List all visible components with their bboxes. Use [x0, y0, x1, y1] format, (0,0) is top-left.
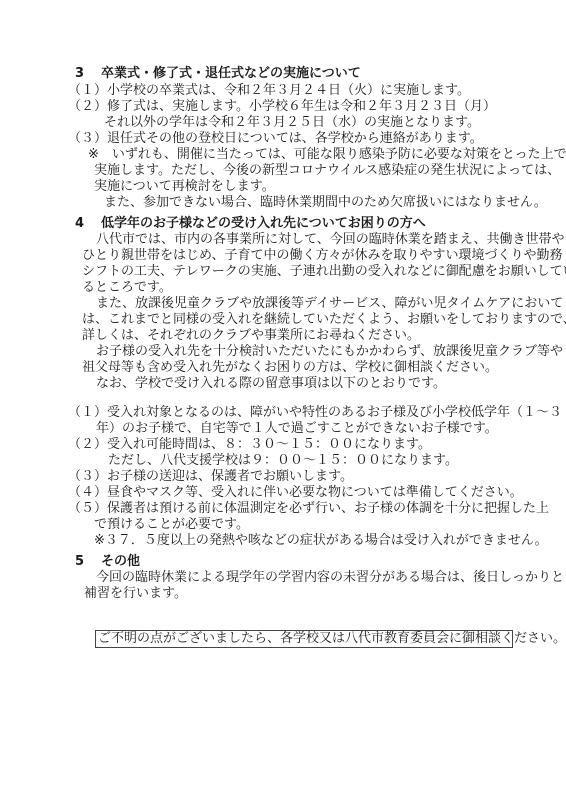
section3-note: 実施します。ただし、今後の新型コロナウイルス感染症の発生状況によっては、 [94, 163, 560, 179]
section4-paragraph-line: ひとり親世帯をはじめ、子育て中の働く方々が休みを取りやすい環境づくりや勤務 [82, 248, 562, 264]
section3-line: （１）小学校の卒業式は、令和２年３月２４日（火）に実施します。 [68, 83, 470, 99]
section4-paragraph-line: 詳しくは、それぞれのクラブや事業所にお尋ねください。 [82, 328, 420, 344]
section4-title: 低学年のお子様などの受け入れ先についてお困りの方へ [101, 216, 426, 231]
section5-number: 5 [75, 554, 101, 570]
section3-line: それ以外の学年は令和２年３月２５日（水）の実施となります。 [104, 115, 480, 131]
section4-paragraph-line: 祖父母等も含め受入れ先がなくお困りの方は、学校に御相談ください。 [82, 360, 498, 376]
section4-item: （４）昼食やマスク等、受入れに伴い必要な物については準備してください。 [68, 485, 523, 501]
section3-number: 3 [75, 66, 101, 82]
contact-notice-text: ご不明の点がございましたら、各学校又は八代市教育委員会に御相談ください。 [98, 631, 566, 647]
section4-item-note: ※３７．５度以上の発熱や咳などの症状がある場合は受け入れができません。 [94, 533, 548, 549]
section4-paragraph-line: お子様の受入れ先を十分検討いただいたにもかかわらず、放課後児童クラブ等や [96, 344, 563, 360]
section4-paragraph-line: シフトの工夫、テレワークの実施、子連れ出勤の受入れなどに御配慮をお願いしてい [82, 264, 566, 280]
section5-title: その他 [101, 554, 140, 569]
section5-heading: 5その他 [75, 554, 140, 570]
section3-line: （２）修了式は、実施します。小学校６年生は令和２年３月２３日（月） [68, 99, 496, 115]
section4-item: ただし、八代支援学校は９：００～１５：００になります。 [108, 453, 458, 469]
section3-title: 卒業式・修了式・退任式などの実施について [101, 66, 361, 81]
section5-line: 今回の臨時休業による現学年の学習内容の未習分がある場合は、後日しっかりと [96, 570, 564, 586]
section4-paragraph-line: 八代市では、市内の各事業所に対して、今回の臨時休業を踏まえ、共働き世帯や [96, 232, 565, 248]
section4-item: （１）受入れ対象となるのは、障がいや特性のあるお子様及び小学校低学年（１～３ [68, 405, 562, 421]
section4-paragraph-line: は、これまでと同様の受入れを継続していただくよう、お願いをしておりますので、 [82, 312, 566, 328]
section4-number: 4 [75, 216, 101, 232]
section4-paragraph-line: るところです。 [82, 280, 172, 296]
section4-paragraph-line: なお、学校で受け入れる際の留意事項は以下のとおりです。 [96, 376, 446, 392]
section3-note: ※ いずれも、開催に当たっては、可能な限り感染予防に必要な対策をとった上で [88, 147, 566, 163]
section4-item: （２）受入れ可能時間は、８：３０～１５：００になります。 [68, 437, 431, 453]
section4-item: 年）のお子様で、自宅等で１人で過ごすことができないお子様です。 [96, 421, 498, 437]
section3-heading: 3卒業式・修了式・退任式などの実施について [75, 66, 361, 82]
section4-item: で預けることが必要です。 [94, 517, 249, 533]
section4-item: （５）保護者は預ける前に体温測定を必ず行い、お子様の体調を十分に把握した上 [68, 501, 549, 517]
document-page: 3卒業式・修了式・退任式などの実施について （１）小学校の卒業式は、令和２年３月… [0, 0, 566, 800]
section4-item: （３）お子様の送迎は、保護者でお願いします。 [68, 469, 353, 485]
section5-line: 補習を行います。 [84, 586, 187, 602]
contact-notice-box: ご不明の点がございましたら、各学校又は八代市教育委員会に御相談ください。 [95, 630, 513, 648]
section3-line: （３）退任式その他の登校日については、各学校から連絡があります。 [68, 131, 483, 147]
section4-paragraph-line: また、放課後児童クラブや放課後等デイサービス、障がい児タイムケアにおいて [96, 296, 563, 312]
section4-heading: 4低学年のお子様などの受け入れ先についてお困りの方へ [75, 216, 426, 232]
section3-note: 実施について再検討をします。 [94, 179, 275, 195]
section3-note: また、参加できない場合、臨時休業期間中のため欠席扱いにはなりません。 [104, 195, 547, 211]
